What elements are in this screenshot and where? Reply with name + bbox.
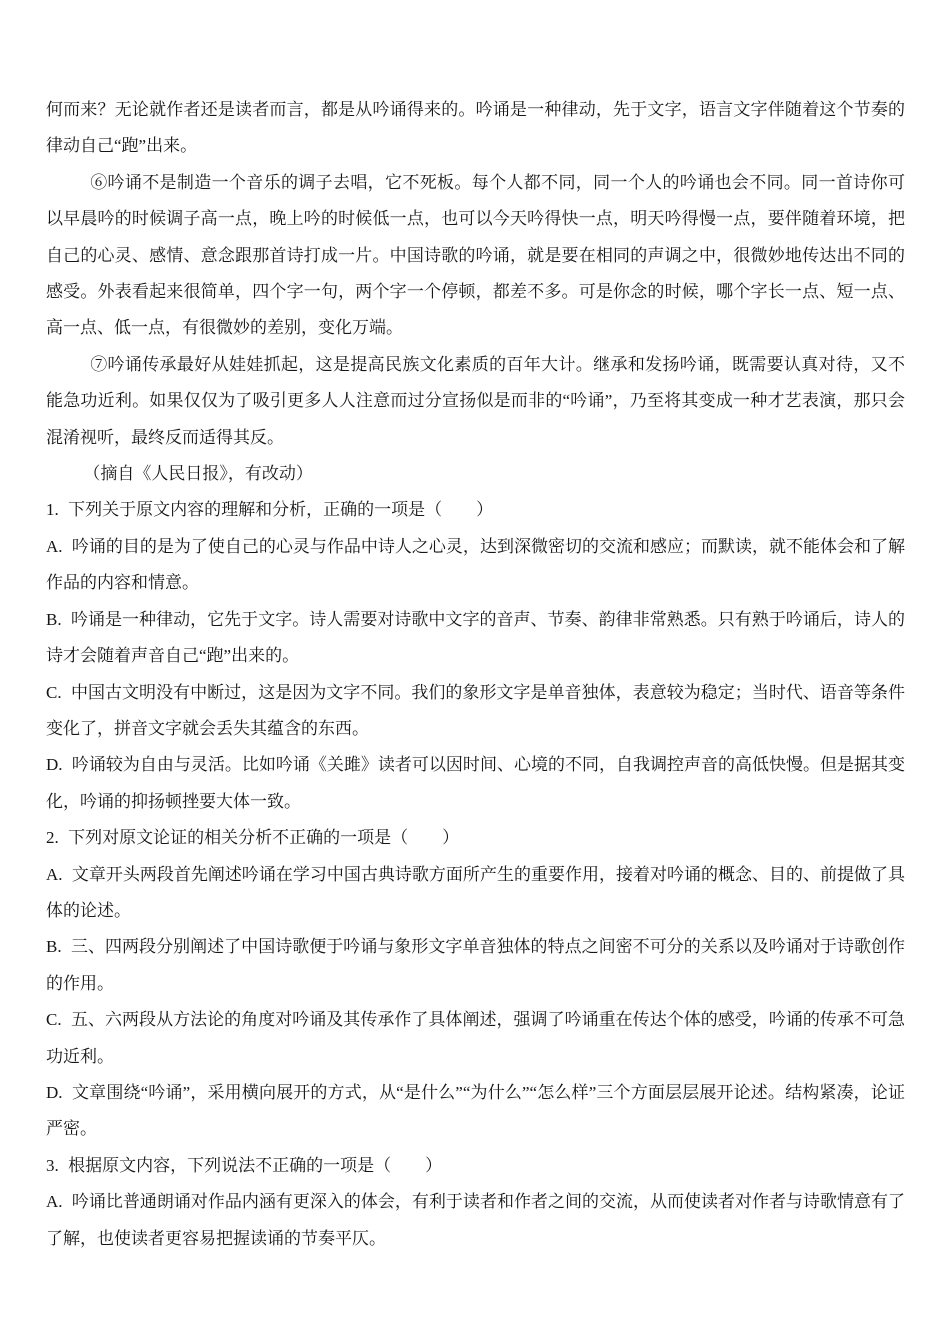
- option-text-c: 中国古文明没有中断过，这是因为文字不同。我们的象形文字是单音独体，表意较为稳定；…: [46, 683, 905, 738]
- questions-section: 1.下列关于原文内容的理解和分析，正确的一项是（ ） A.吟诵的目的是为了使自己…: [46, 492, 905, 1257]
- option-label-b: B.: [46, 937, 62, 956]
- passage-paragraph-continuation: 何而来？无论就作者还是读者而言，都是从吟诵得来的。吟诵是一种律动，先于文字，语言…: [46, 92, 905, 165]
- option-label-d: D.: [46, 1083, 63, 1102]
- option-text-b: 三、四两段分别阐述了中国诗歌便于吟诵与象形文字单音独体的特点之间密不可分的关系以…: [46, 937, 905, 992]
- question-1-option-d: D.吟诵较为自由与灵活。比如吟诵《关雎》读者可以因时间、心境的不同，自我调控声音…: [46, 747, 905, 820]
- option-label-a: A.: [46, 537, 63, 556]
- option-label-a: A.: [46, 865, 63, 884]
- question-1-option-a: A.吟诵的目的是为了使自己的心灵与作品中诗人之心灵，达到深微密切的交流和感应；而…: [46, 529, 905, 602]
- question-3: 3.根据原文内容，下列说法不正确的一项是（ ） A.吟诵比普通朗诵对作品内涵有更…: [46, 1148, 905, 1257]
- exam-document-page: 何而来？无论就作者还是读者而言，都是从吟诵得来的。吟诵是一种律动，先于文字，语言…: [0, 0, 950, 1344]
- option-text-d: 文章围绕“吟诵”，采用横向展开的方式，从“是什么”“为什么”“怎么样”三个方面层…: [46, 1083, 905, 1138]
- question-3-stem-text: 根据原文内容，下列说法不正确的一项是（ ）: [68, 1156, 442, 1175]
- question-1-stem: 1.下列关于原文内容的理解和分析，正确的一项是（ ）: [46, 492, 905, 528]
- question-2-stem-text: 下列对原文论证的相关分析不正确的一项是（ ）: [68, 828, 459, 847]
- question-3-option-a: A.吟诵比普通朗诵对作品内涵有更深入的体会，有利于读者和作者之间的交流，从而使读…: [46, 1184, 905, 1257]
- question-2: 2.下列对原文论证的相关分析不正确的一项是（ ） A.文章开头两段首先阐述吟诵在…: [46, 820, 905, 1148]
- reading-passage: 何而来？无论就作者还是读者而言，都是从吟诵得来的。吟诵是一种律动，先于文字，语言…: [46, 92, 905, 492]
- question-1-stem-text: 下列关于原文内容的理解和分析，正确的一项是（ ）: [68, 500, 493, 519]
- question-2-option-a: A.文章开头两段首先阐述吟诵在学习中国古典诗歌方面所产生的重要作用，接着对吟诵的…: [46, 857, 905, 930]
- question-1-number: 1.: [46, 500, 59, 519]
- question-2-option-b: B.三、四两段分别阐述了中国诗歌便于吟诵与象形文字单音独体的特点之间密不可分的关…: [46, 929, 905, 1002]
- question-1-option-c: C.中国古文明没有中断过，这是因为文字不同。我们的象形文字是单音独体，表意较为稳…: [46, 675, 905, 748]
- question-3-stem: 3.根据原文内容，下列说法不正确的一项是（ ）: [46, 1148, 905, 1184]
- question-2-number: 2.: [46, 828, 59, 847]
- question-2-option-d: D.文章围绕“吟诵”，采用横向展开的方式，从“是什么”“为什么”“怎么样”三个方…: [46, 1075, 905, 1148]
- option-text-b: 吟诵是一种律动，它先于文字。诗人需要对诗歌中文字的音声、节奏、韵律非常熟悉。只有…: [46, 610, 905, 665]
- question-3-number: 3.: [46, 1156, 59, 1175]
- option-text-a: 吟诵的目的是为了使自己的心灵与作品中诗人之心灵，达到深微密切的交流和感应；而默读…: [46, 537, 905, 592]
- option-label-b: B.: [46, 610, 62, 629]
- passage-source-citation: （摘自《人民日报》，有改动）: [46, 456, 905, 492]
- question-1: 1.下列关于原文内容的理解和分析，正确的一项是（ ） A.吟诵的目的是为了使自己…: [46, 492, 905, 820]
- question-2-stem: 2.下列对原文论证的相关分析不正确的一项是（ ）: [46, 820, 905, 856]
- option-label-a: A.: [46, 1192, 63, 1211]
- option-label-c: C.: [46, 683, 62, 702]
- question-1-option-b: B.吟诵是一种律动，它先于文字。诗人需要对诗歌中文字的音声、节奏、韵律非常熟悉。…: [46, 602, 905, 675]
- question-2-option-c: C.五、六两段从方法论的角度对吟诵及其传承作了具体阐述，强调了吟诵重在传达个体的…: [46, 1002, 905, 1075]
- option-text-a: 吟诵比普通朗诵对作品内涵有更深入的体会，有利于读者和作者之间的交流，从而使读者对…: [46, 1192, 905, 1247]
- option-text-d: 吟诵较为自由与灵活。比如吟诵《关雎》读者可以因时间、心境的不同，自我调控声音的高…: [46, 755, 905, 810]
- option-text-a: 文章开头两段首先阐述吟诵在学习中国古典诗歌方面所产生的重要作用，接着对吟诵的概念…: [46, 865, 905, 920]
- passage-paragraph-6: ⑥吟诵不是制造一个音乐的调子去唱，它不死板。每个人都不同，同一个人的吟诵也会不同…: [46, 165, 905, 347]
- option-label-d: D.: [46, 755, 63, 774]
- option-label-c: C.: [46, 1010, 62, 1029]
- passage-paragraph-7: ⑦吟诵传承最好从娃娃抓起，这是提高民族文化素质的百年大计。继承和发扬吟诵，既需要…: [46, 347, 905, 456]
- option-text-c: 五、六两段从方法论的角度对吟诵及其传承作了具体阐述，强调了吟诵重在传达个体的感受…: [46, 1010, 905, 1065]
